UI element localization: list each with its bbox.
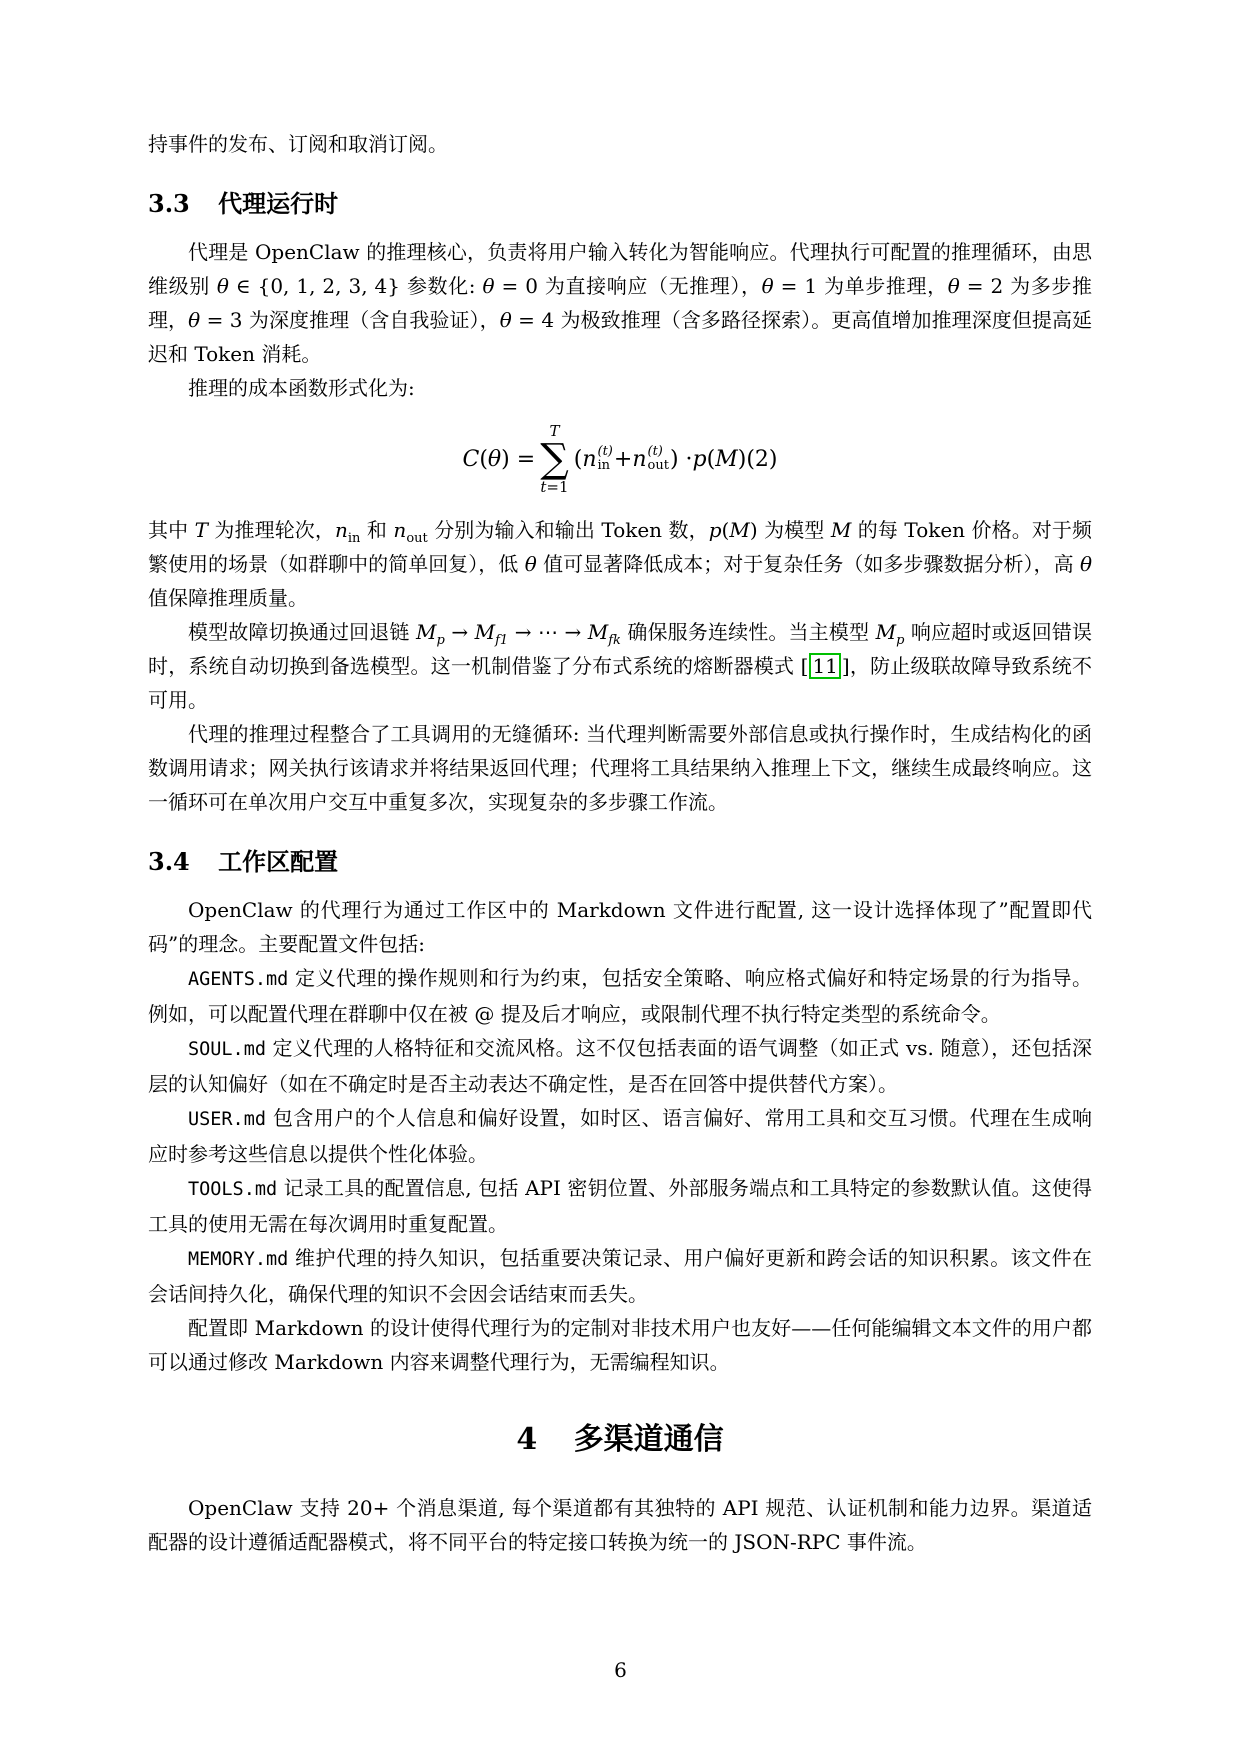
- paragraph-multichannel-intro: OpenClaw 支持 20+ 个消息渠道, 每个渠道都有其独特的 API 规范…: [148, 1491, 1092, 1559]
- page-content: 持事件的发布、订阅和取消订阅。 3.3 代理运行时 代理是 OpenClaw 的…: [148, 127, 1092, 1559]
- text-run: 值保障推理质量。: [148, 586, 308, 610]
- text-run: 记录工具的配置信息, 包括 API 密钥位置、外部服务端点和工具特定的参数默认值…: [148, 1176, 1092, 1236]
- math-symbol: θ: [482, 274, 494, 298]
- text-run: = 1 为单步推理，: [774, 274, 948, 298]
- equation-number: (2): [746, 447, 777, 472]
- text-run: in: [348, 531, 361, 546]
- text-run: ) =: [501, 447, 535, 472]
- text-run: (: [574, 447, 583, 472]
- text-run: 包含用户的个人信息和偏好设置，如时区、语言偏好、常用工具和交互习惯。代理在生成响…: [148, 1106, 1092, 1166]
- math-symbol: θ: [1080, 552, 1092, 576]
- text-run: 定义代理的操作规则和行为约束，包括安全策略、响应格式偏好和特定场景的行为指导。例…: [148, 966, 1092, 1026]
- math-symbol: T: [195, 518, 208, 542]
- summation-lower-limit: t=1: [540, 480, 568, 495]
- text-run: +: [614, 447, 632, 472]
- text-run: 模型故障切换通过回退链: [188, 620, 416, 644]
- text-run: 为推理轮次，: [208, 518, 335, 542]
- equation-lhs: C(θ) =: [462, 447, 535, 472]
- inline-code: MEMORY.md: [188, 1249, 288, 1270]
- text-run: 定义代理的人格特征和交流风格。这不仅包括表面的语气调整（如正式 vs. 随意），…: [148, 1036, 1092, 1096]
- text-run: =1: [546, 478, 568, 496]
- text-run: ∈ {0, 1, 2, 3, 4} 参数化:: [229, 274, 483, 298]
- text-run: 其中: [148, 518, 195, 542]
- math-symbol: θ: [500, 308, 512, 332]
- math-symbol: n: [632, 447, 646, 472]
- math-symbol: θ: [948, 274, 960, 298]
- math-symbol: M: [475, 620, 495, 644]
- paragraph-soul-md: SOUL.md 定义代理的人格特征和交流风格。这不仅包括表面的语气调整（如正式 …: [148, 1031, 1092, 1101]
- text-run: ) ·: [670, 447, 693, 472]
- paper-page: 持事件的发布、订阅和取消订阅。 3.3 代理运行时 代理是 OpenClaw 的…: [0, 0, 1241, 1754]
- text-run: = 3 为深度推理（含自我验证），: [200, 308, 500, 332]
- math-symbol: p: [709, 518, 722, 542]
- paragraph-tool-loop: 代理的推理过程整合了工具调用的无缝循环: 当代理判断需要外部信息或执行操作时，生…: [148, 717, 1092, 819]
- inline-code: SOUL.md: [188, 1039, 266, 1060]
- paragraph-user-md: USER.md 包含用户的个人信息和偏好设置，如时区、语言偏好、常用工具和交互习…: [148, 1101, 1092, 1171]
- text-run: = 0 为直接响应（无推理），: [495, 274, 762, 298]
- text-run: 分别为输入和输出 Token 数，: [428, 518, 709, 542]
- text-run: fk: [608, 633, 621, 648]
- equation-cost-function: C(θ) = T ∑ t=1 (n(t)in + n(t)out) · p(M)…: [148, 417, 1092, 501]
- math-symbol: θ: [762, 274, 774, 298]
- text-run: 配置即 Markdown 的设计使得代理行为的定制对非技术用户也友好——任何能编…: [148, 1316, 1092, 1374]
- text-run: 和: [360, 518, 393, 542]
- text-run: → ⋯ →: [508, 620, 588, 644]
- text-run: ): [738, 447, 747, 472]
- math-symbol: θ: [488, 447, 501, 472]
- paragraph-workspace-config: OpenClaw 的代理行为通过工作区中的 Markdown 文件进行配置, 这…: [148, 893, 1092, 961]
- math-symbol: p: [693, 447, 707, 472]
- text-run: →: [445, 620, 475, 644]
- math-symbol: M: [831, 518, 851, 542]
- section-title: 代理运行时: [218, 189, 338, 218]
- section-3-4-heading: 3.4 工作区配置: [148, 847, 1092, 877]
- paragraph-config-as-markdown: 配置即 Markdown 的设计使得代理行为的定制对非技术用户也友好——任何能编…: [148, 1311, 1092, 1379]
- section-number: 4: [516, 1422, 537, 1457]
- section-4-heading: 4 多渠道通信: [148, 1419, 1092, 1461]
- text-run: OpenClaw 的代理行为通过工作区中的 Markdown 文件进行配置, 这…: [148, 898, 1092, 956]
- math-symbol: θ: [188, 308, 200, 332]
- math-symbol: M: [715, 447, 738, 472]
- section-3-3-heading: 3.3 代理运行时: [148, 189, 1092, 219]
- page-number: 6: [0, 1658, 1241, 1682]
- text-run: 持事件的发布、订阅和取消订阅。: [148, 132, 448, 156]
- paragraph-memory-md: MEMORY.md 维护代理的持久知识，包括重要决策记录、用户偏好更新和跨会话的…: [148, 1241, 1092, 1311]
- math-symbol: θ: [217, 274, 229, 298]
- text-run: 推理的成本函数形式化为:: [188, 376, 415, 400]
- paragraph-continuation: 持事件的发布、订阅和取消订阅。: [148, 127, 1092, 161]
- math-symbol: n: [393, 518, 406, 542]
- paragraph-cost-explanation: 其中 T 为推理轮次，nin 和 nout 分别为输入和输出 Token 数，p…: [148, 513, 1092, 615]
- math-superscript-subscript: (t)out: [648, 445, 669, 472]
- text-run: (: [707, 447, 716, 472]
- paragraph-agents-md: AGENTS.md 定义代理的操作规则和行为约束，包括安全策略、响应格式偏好和特…: [148, 961, 1092, 1031]
- text-run: 值可显著降低成本；对于复杂任务（如多步骤数据分析），高: [537, 552, 1080, 576]
- summation: T ∑ t=1: [540, 424, 569, 495]
- text-run: ) 为模型: [750, 518, 831, 542]
- math-symbol: M: [416, 620, 436, 644]
- inline-code: USER.md: [188, 1109, 266, 1130]
- paragraph-agent-runtime: 代理是 OpenClaw 的推理核心，负责将用户输入转化为智能响应。代理执行可配…: [148, 235, 1092, 371]
- equation-rhs: (n(t)in + n(t)out) · p(M): [574, 445, 747, 472]
- text-run: 代理的推理过程整合了工具调用的无缝循环: 当代理判断需要外部信息或执行操作时，生…: [148, 722, 1092, 814]
- math-symbol: M: [729, 518, 749, 542]
- paragraph-cost-function-lead: 推理的成本函数形式化为:: [148, 371, 1092, 405]
- math-symbol: M: [876, 620, 896, 644]
- inline-code: AGENTS.md: [188, 969, 288, 990]
- text-run: out: [406, 531, 427, 546]
- text-run: (: [479, 447, 488, 472]
- paragraph-model-failover: 模型故障切换通过回退链 Mp → Mf1 → ⋯ → Mfk 确保服务连续性。当…: [148, 615, 1092, 717]
- text-run: 维护代理的持久知识，包括重要决策记录、用户偏好更新和跨会话的知识积累。该文件在会…: [148, 1246, 1092, 1306]
- paragraph-tools-md: TOOLS.md 记录工具的配置信息, 包括 API 密钥位置、外部服务端点和工…: [148, 1171, 1092, 1241]
- math-symbol: C: [462, 447, 479, 472]
- math-symbol: n: [582, 447, 596, 472]
- math-symbol: n: [335, 518, 348, 542]
- section-title: 工作区配置: [218, 847, 338, 876]
- section-number: 3.4: [148, 847, 190, 876]
- text-run: 确保服务连续性。当主模型: [621, 620, 876, 644]
- inline-code: TOOLS.md: [188, 1179, 277, 1200]
- math-symbol: M: [588, 620, 608, 644]
- text-run: OpenClaw 支持 20+ 个消息渠道, 每个渠道都有其独特的 API 规范…: [148, 1496, 1092, 1554]
- math-symbol: θ: [525, 552, 537, 576]
- citation-link[interactable]: 11: [809, 653, 840, 679]
- text-run: f1: [495, 633, 508, 648]
- section-title: 多渠道通信: [574, 1422, 724, 1457]
- text-run: p: [437, 633, 445, 648]
- summation-symbol: ∑: [540, 441, 569, 477]
- math-superscript-subscript: (t)in: [598, 445, 613, 472]
- section-number: 3.3: [148, 189, 190, 218]
